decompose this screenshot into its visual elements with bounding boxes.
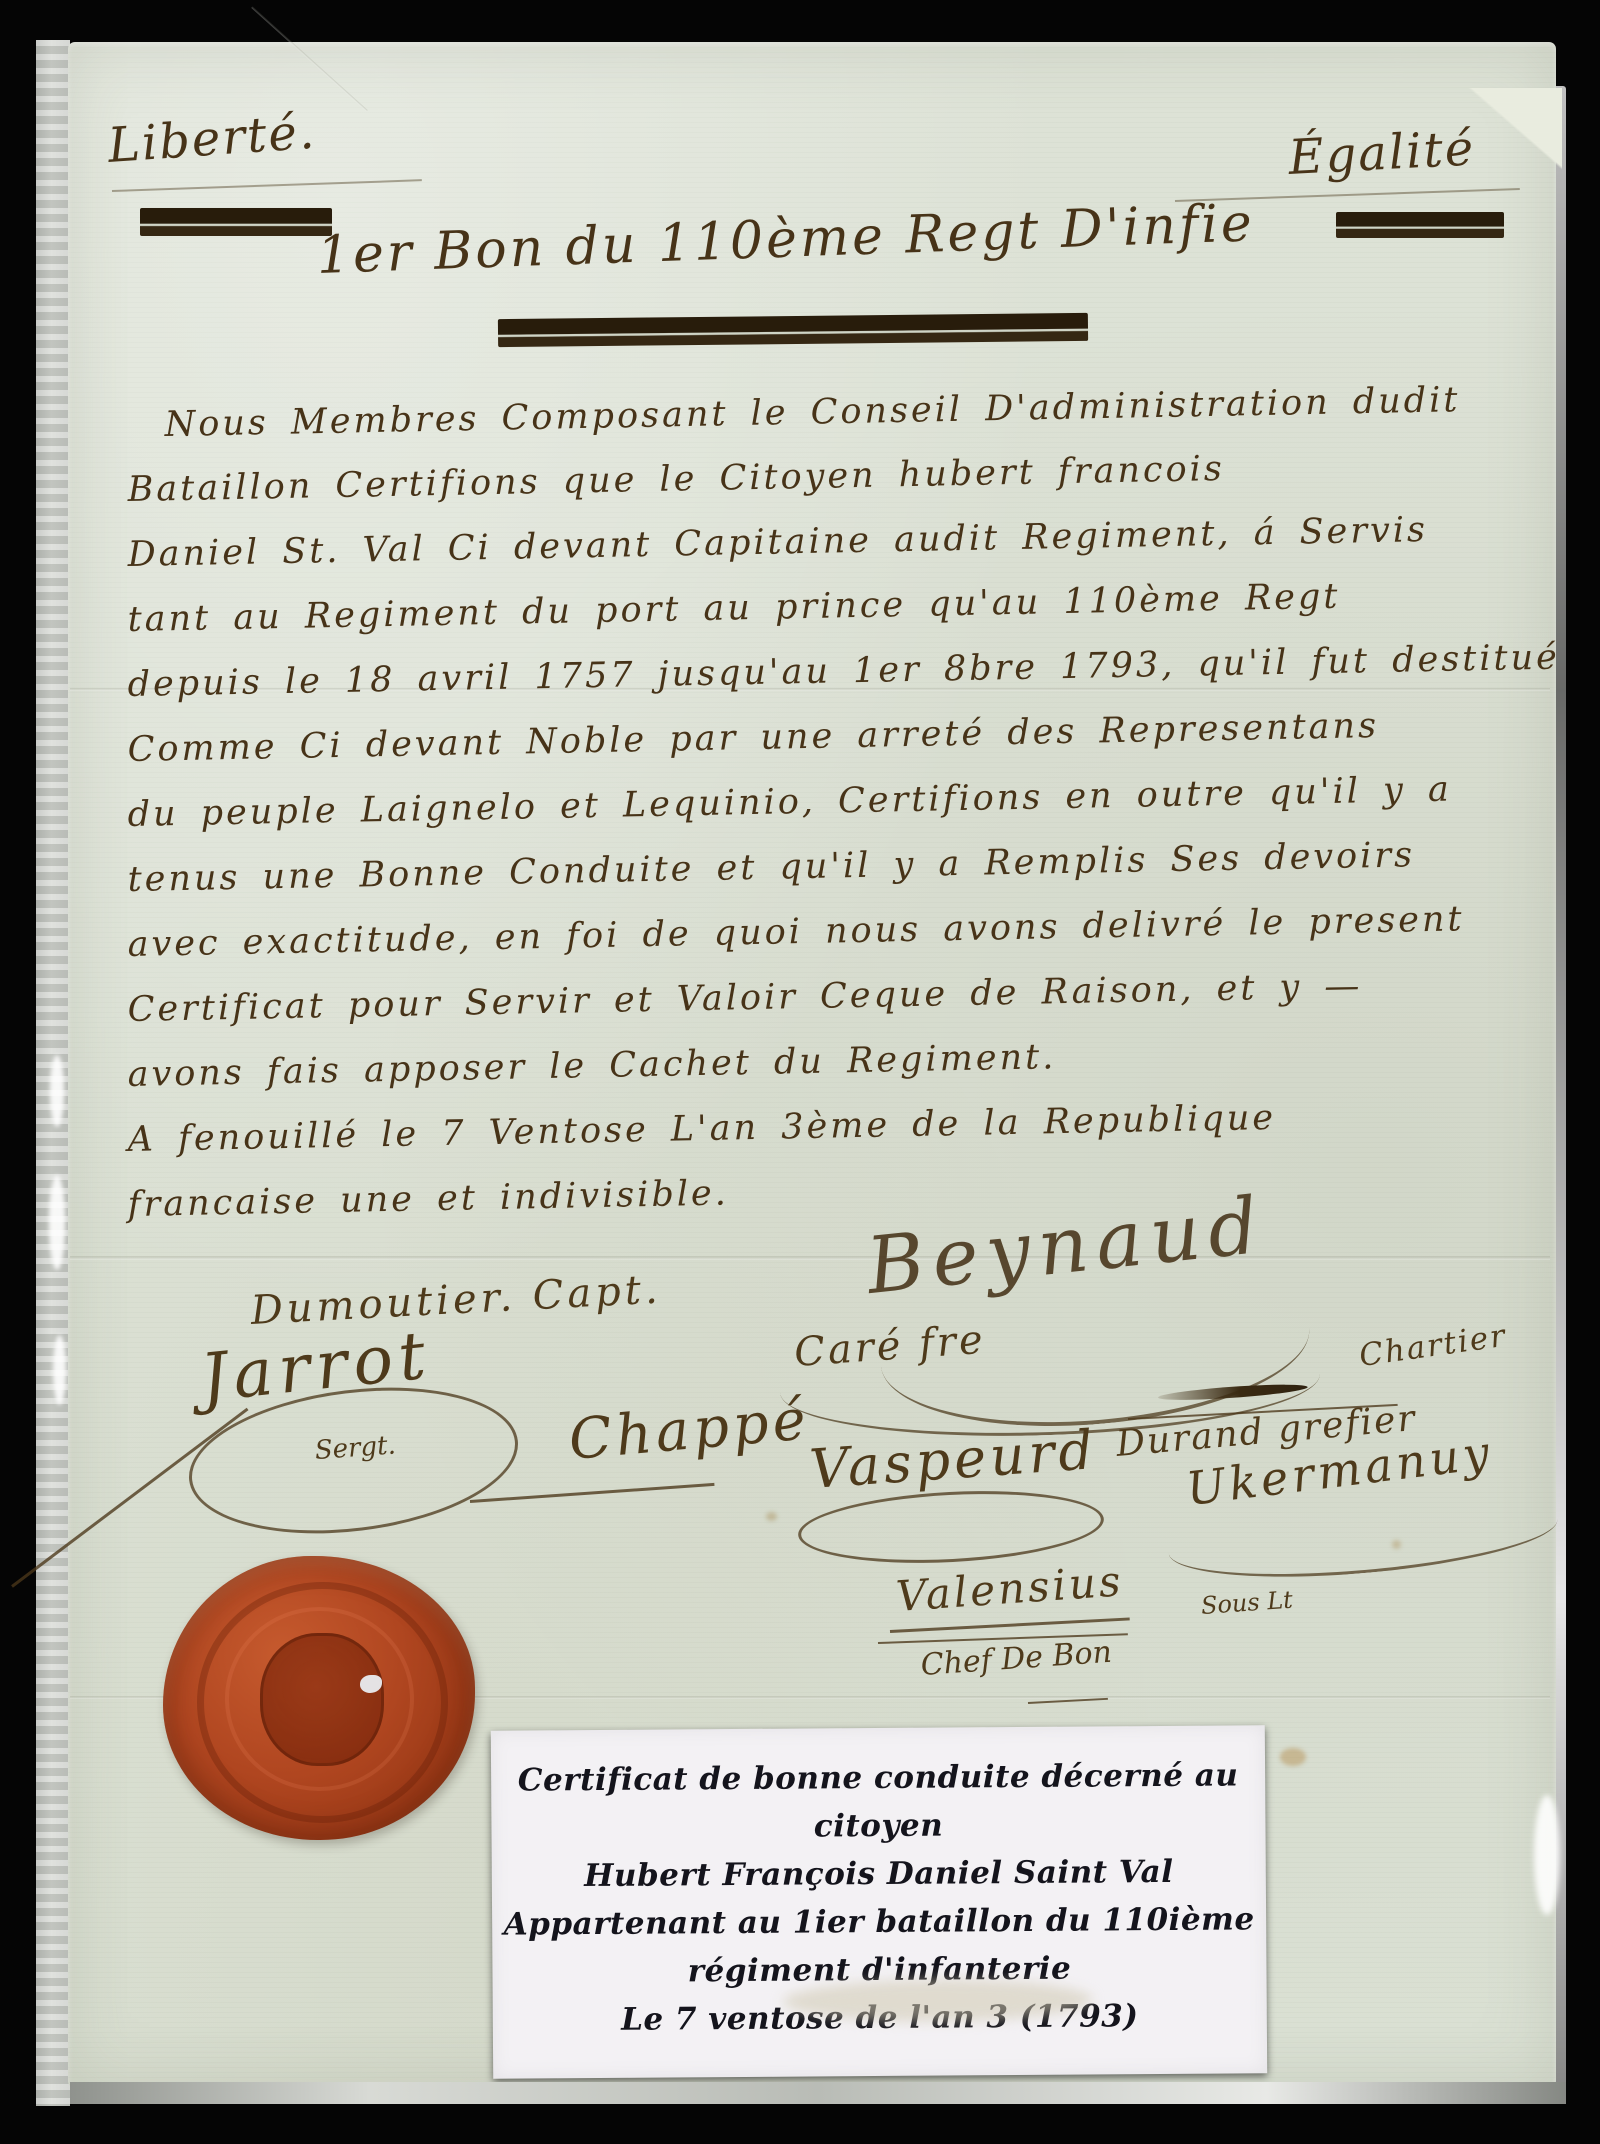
paper-stain: [766, 1512, 777, 1521]
caption-line: Certificat de bonne conduite décerné au …: [491, 1751, 1266, 1852]
sleeve-reflection: [49, 1175, 65, 1270]
paper-stain: [1280, 1748, 1306, 1766]
red-wax-seal: [163, 1556, 475, 1840]
wax-seal-center-emblem: [260, 1633, 385, 1767]
paper-crease: [70, 1256, 1550, 1260]
paper-corner-fold: [1468, 88, 1562, 170]
plastic-sleeve-bottom-edge: [70, 2082, 1566, 2104]
egalite-bar: [1336, 212, 1504, 238]
egalite-heading: Égalité: [1287, 120, 1476, 186]
liberte-bar: [140, 208, 332, 236]
sleeve-reflection: [53, 1335, 66, 1405]
sleeve-reflection: [50, 1055, 64, 1127]
archival-photo: Liberté. Égalité 1er Bon du 110ème Regt …: [0, 0, 1600, 2144]
signature-jarrot-role: Sergt.: [314, 1430, 397, 1466]
caption-card: Certificat de bonne conduite décerné au …: [491, 1725, 1267, 2078]
caption-line: Appartenant au 1ier bataillon du 110ième: [492, 1895, 1266, 1948]
sleeve-reflection: [1534, 1795, 1560, 1915]
caption-line: Hubert François Daniel Saint Val: [492, 1847, 1266, 1900]
